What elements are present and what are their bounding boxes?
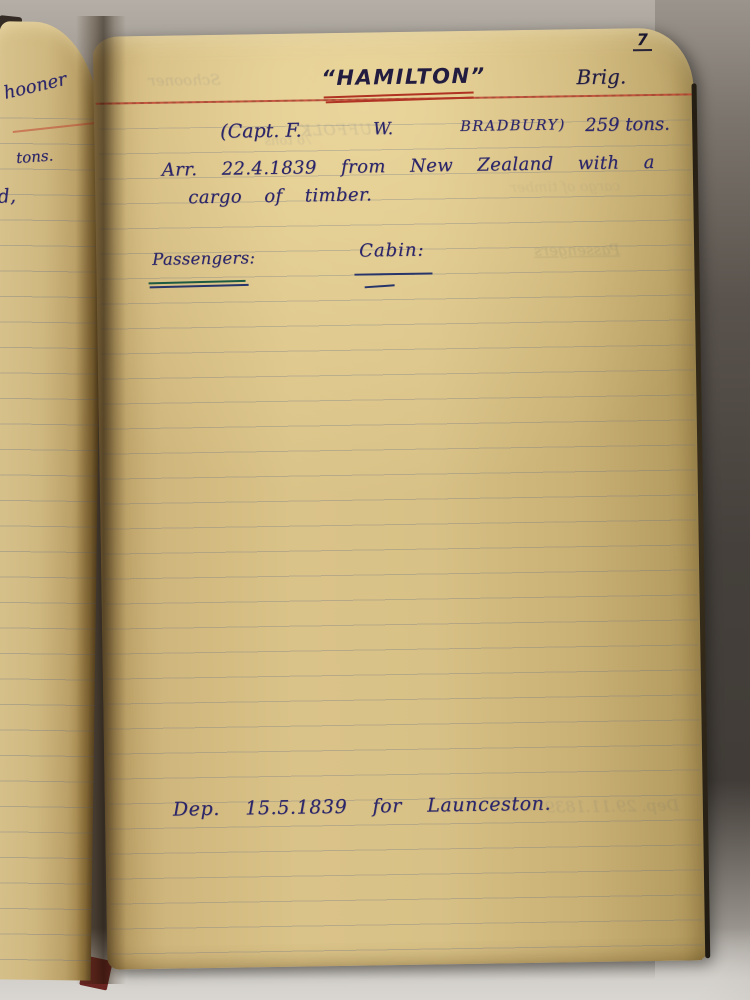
left-page-ruled-lines xyxy=(0,117,103,966)
tonnage: 259 tons. xyxy=(585,114,670,136)
left-page: hooner tons. d, xyxy=(0,21,104,980)
captain-middle-initial: W. xyxy=(373,119,393,139)
ghost-text-cargo: cargo of timber xyxy=(510,179,620,197)
ghost-text-passengers: Passengers xyxy=(534,241,620,260)
cabin-heading: Cabin: xyxy=(359,240,425,262)
captain-prefix: (Capt. F. xyxy=(220,120,302,143)
left-page-fragment-schooner: hooner xyxy=(2,69,69,104)
ghost-text-departure: Dep. 29.11.1839 xyxy=(545,796,680,817)
arrival-line-2: cargo of timber. xyxy=(188,184,372,208)
passengers-heading: Passengers: xyxy=(152,248,255,269)
left-page-fragment-tons: tons. xyxy=(16,146,54,167)
ghost-text-schooner: Schooner xyxy=(148,71,220,90)
photo-of-register-page: hooner tons. d, 7 Schooner “HAMILTON” Br… xyxy=(0,0,750,1000)
captain-surname: BRADBURY) xyxy=(460,117,566,135)
register-page: 7 Schooner “HAMILTON” Brig. SUFFOLK 76 t… xyxy=(93,27,708,969)
left-page-fragment-d: d, xyxy=(0,185,17,208)
page-number: 7 xyxy=(633,30,652,51)
vessel-rig: Brig. xyxy=(576,64,626,89)
ship-name-title: “HAMILTON” xyxy=(321,64,481,91)
